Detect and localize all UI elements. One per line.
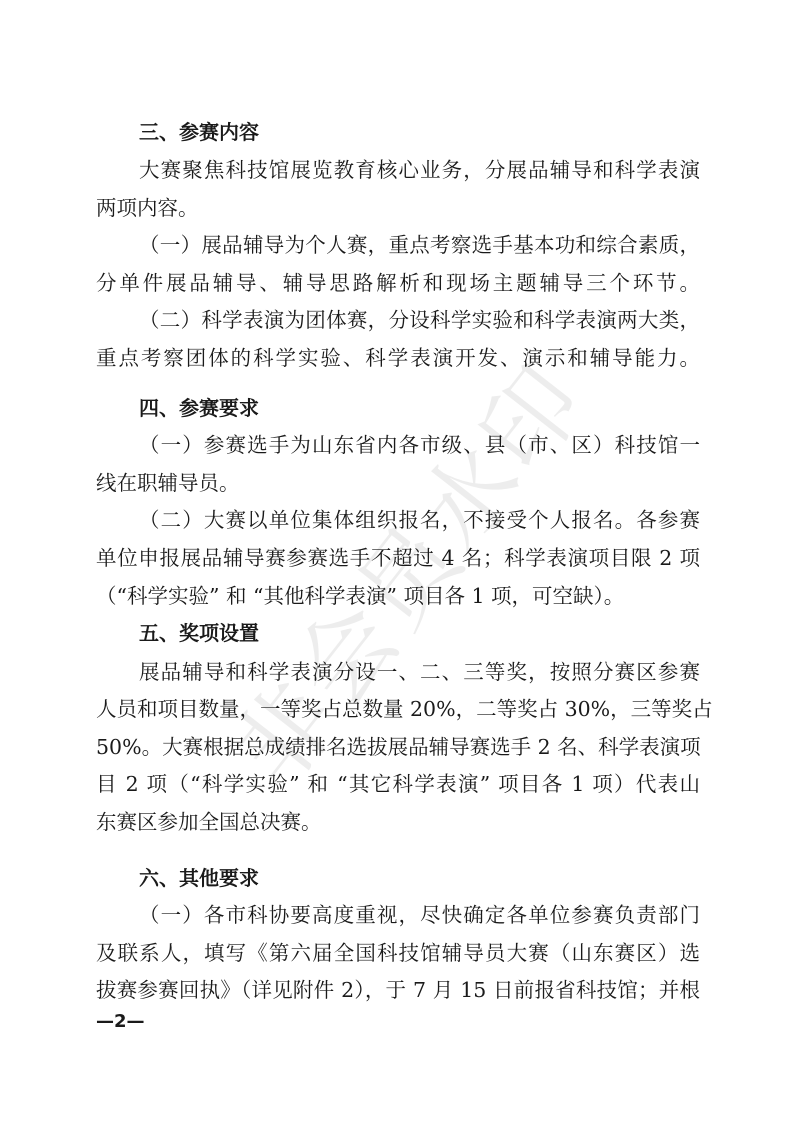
paragraph-line: 拔赛参赛回执》（详见附件 2），于 7 月 15 日前报省科技馆；并根 <box>96 975 700 1005</box>
paragraph-line: （“科学实验” 和 “其他科学表演” 项目各 1 项，可空缺）。 <box>96 581 700 611</box>
document-page: 非会员水印 三、参赛内容 大赛聚焦科技馆展览教育核心业务，分展品辅导和科学表演 … <box>0 0 793 1122</box>
paragraph-line: 大赛聚焦科技馆展览教育核心业务，分展品辅导和科学表演 <box>139 155 700 185</box>
paragraph-line: 两项内容。 <box>96 193 700 223</box>
paragraph-line: （一）展品辅导为个人赛，重点考察选手基本功和综合素质， <box>139 230 700 260</box>
section-heading-participation-content: 三、参赛内容 <box>139 117 259 147</box>
paragraph-line: 50%。大赛根据总成绩排名选拔展品辅导赛选手 2 名、科学表演项 <box>96 732 700 762</box>
paragraph-line: （二）科学表演为团体赛，分设科学实验和科学表演两大类， <box>139 305 700 335</box>
section-heading-other-requirements: 六、其他要求 <box>139 863 259 893</box>
section-heading-awards: 五、奖项设置 <box>139 618 259 648</box>
section-heading-participation-requirements: 四、参赛要求 <box>139 393 259 423</box>
paragraph-line: 线在职辅导员。 <box>96 468 700 498</box>
paragraph-line: 东赛区参加全国总决赛。 <box>96 807 700 837</box>
paragraph-line: （一）各市科协要高度重视，尽快确定各单位参赛负责部门 <box>139 900 700 930</box>
paragraph-line: 分单件展品辅导、辅导思路解析和现场主题辅导三个环节。 <box>96 268 700 298</box>
paragraph-line: （一）参赛选手为山东省内各市级、县（市、区）科技馆一 <box>139 430 700 460</box>
paragraph-line: 目 2 项（“科学实验” 和 “其它科学表演” 项目各 1 项）代表山 <box>96 769 700 799</box>
paragraph-line: （二）大赛以单位集体组织报名，不接受个人报名。各参赛 <box>139 505 700 535</box>
paragraph-line: 及联系人，填写《第六届全国科技馆辅导员大赛（山东赛区）选 <box>96 938 700 968</box>
paragraph-line: 单位申报展品辅导赛参赛选手不超过 4 名；科学表演项目限 2 项 <box>96 543 700 573</box>
paragraph-line: 重点考察团体的科学实验、科学表演开发、演示和辅导能力。 <box>96 343 700 373</box>
paragraph-line: 展品辅导和科学表演分设一、二、三等奖，按照分赛区参赛 <box>139 657 700 687</box>
paragraph-line: 人员和项目数量，一等奖占总数量 20%，二等奖占 30%，三等奖占 <box>96 694 700 724</box>
page-number: —2— <box>96 1010 145 1034</box>
